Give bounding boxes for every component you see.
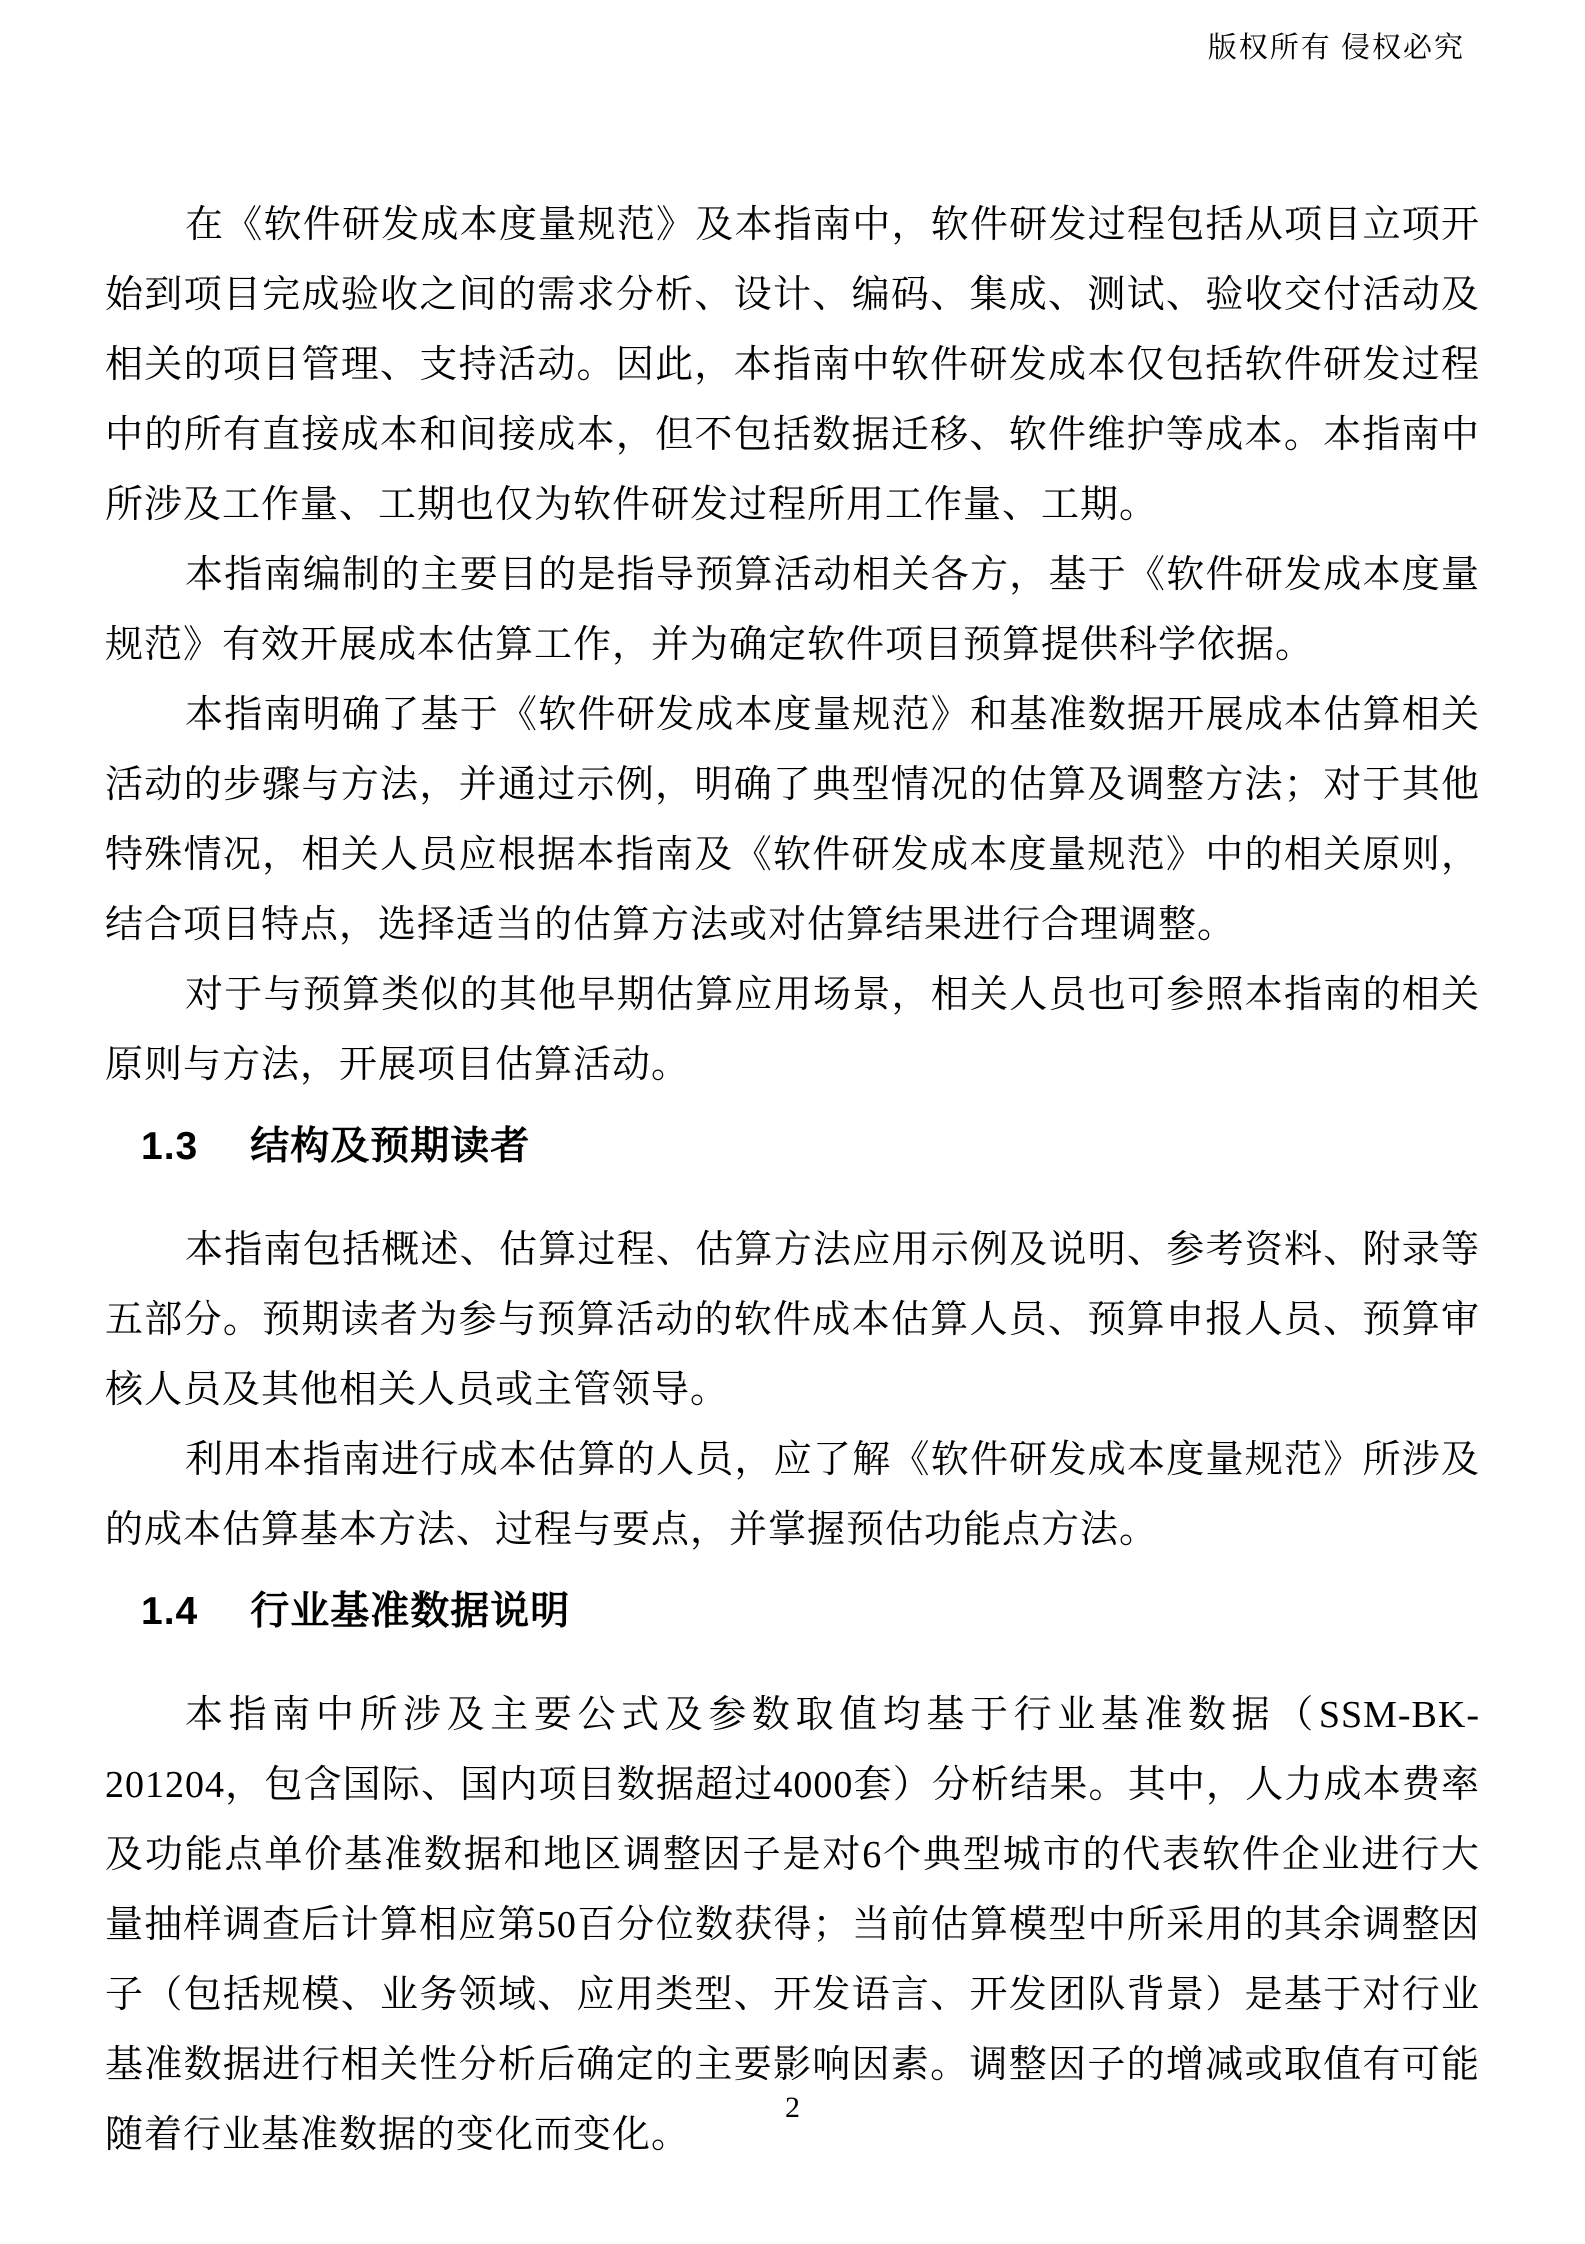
section-title-1-4: 行业基准数据说明 [250, 1577, 570, 1647]
section-heading-1-4: 1.4 行业基准数据说明 [105, 1577, 1480, 1647]
paragraph-guide-purpose: 本指南编制的主要目的是指导预算活动相关各方，基于《软件研发成本度量规范》有效开展… [105, 540, 1480, 680]
paragraph-other-early-estimation: 对于与预算类似的其他早期估算应用场景，相关人员也可参照本指南的相关原则与方法，开… [105, 960, 1480, 1100]
section-title-1-3: 结构及预期读者 [250, 1112, 530, 1182]
section-heading-1-3: 1.3 结构及预期读者 [105, 1112, 1480, 1182]
paragraph-structure-and-readers: 本指南包括概述、估算过程、估算方法应用示例及说明、参考资料、附录等五部分。预期读… [105, 1215, 1480, 1425]
section-number-1-3: 1.3 [141, 1112, 198, 1182]
paragraph-guide-methods: 本指南明确了基于《软件研发成本度量规范》和基准数据开展成本估算相关活动的步骤与方… [105, 680, 1480, 960]
page-number: 2 [785, 2091, 800, 2124]
page-body: 在《软件研发成本度量规范》及本指南中，软件研发过程包括从项目立项开始到项目完成验… [105, 190, 1480, 2170]
copyright-notice: 版权所有 侵权必究 [1208, 30, 1465, 66]
section-number-1-4: 1.4 [141, 1577, 198, 1647]
page-footer: 2 [0, 2088, 1585, 2128]
document-page: 版权所有 侵权必究 在《软件研发成本度量规范》及本指南中，软件研发过程包括从项目… [0, 0, 1585, 2244]
paragraph-software-dev-process-scope: 在《软件研发成本度量规范》及本指南中，软件研发过程包括从项目立项开始到项目完成验… [105, 190, 1480, 540]
paragraph-user-prerequisites: 利用本指南进行成本估算的人员，应了解《软件研发成本度量规范》所涉及的成本估算基本… [105, 1425, 1480, 1565]
